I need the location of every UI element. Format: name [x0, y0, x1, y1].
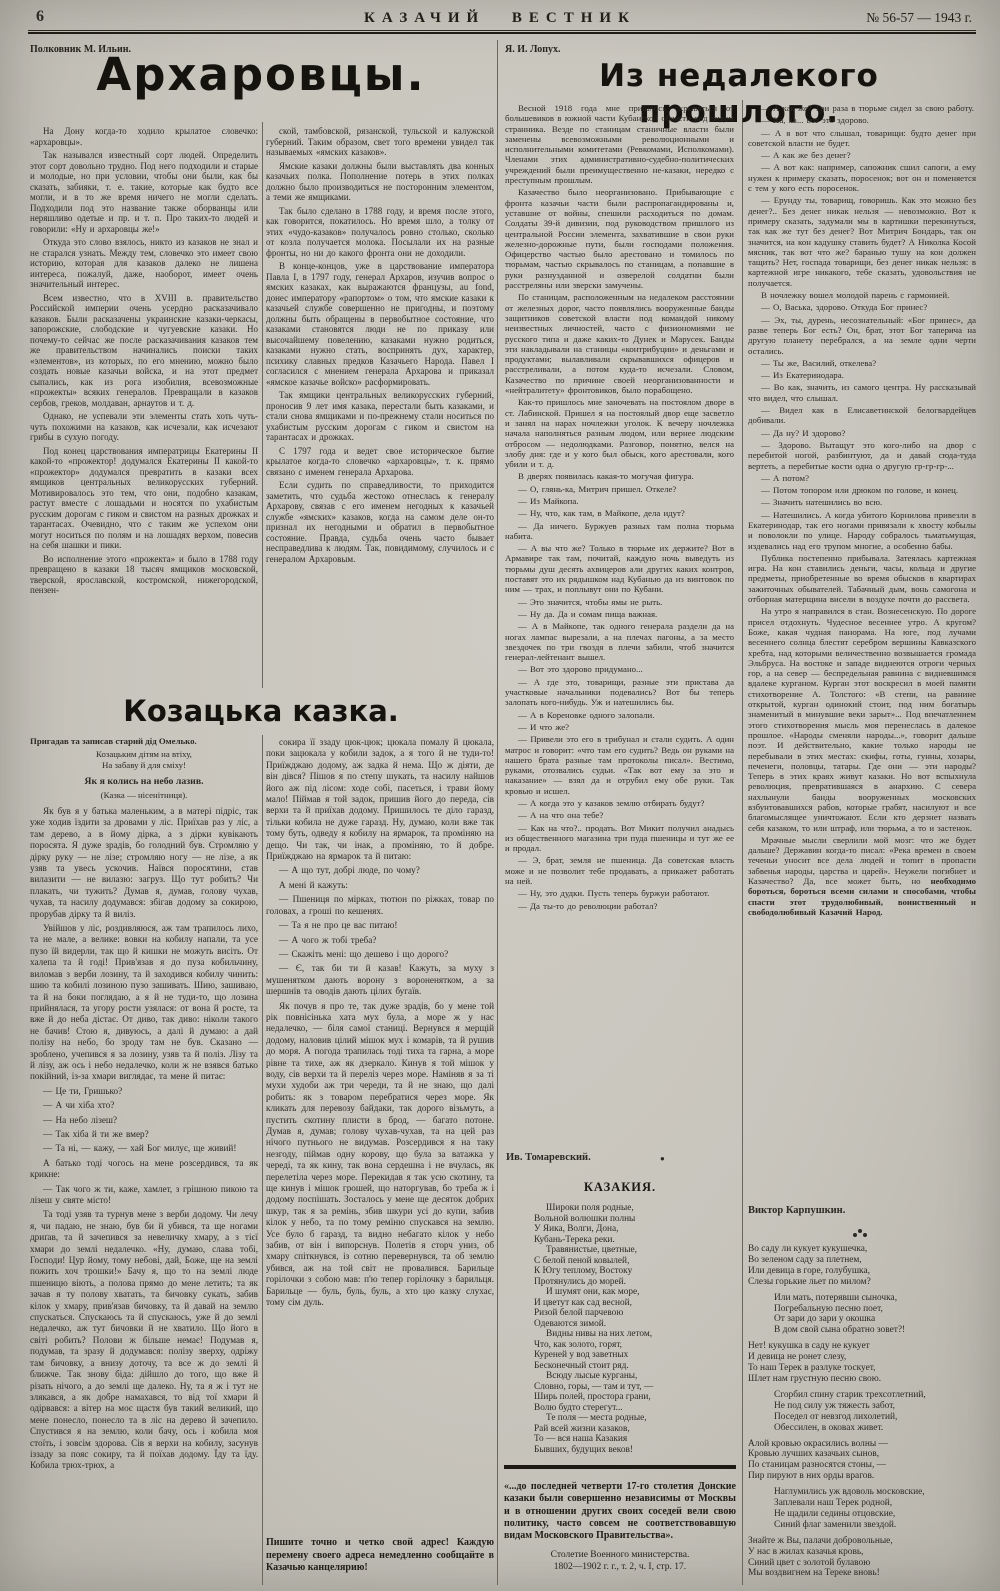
poem-line: Вольной волюшки полны	[534, 1214, 736, 1225]
poem-line: Ризой белой парчевою	[534, 1308, 736, 1319]
signature-tomarevsky: Ив. Томаревский.	[506, 1152, 591, 1163]
paragraph: — А вы что же? Только в тюрьме их держит…	[505, 543, 734, 594]
ornament-icon	[858, 1229, 862, 1233]
paragraph: На Дону когда-то ходило крылатое словечк…	[30, 126, 258, 147]
arkharovtsy-column-1: На Дону когда-то ходило крылатое словечк…	[30, 126, 258, 692]
poem-line: Не щадили седины отцовские,	[774, 1509, 976, 1520]
paragraph: Як почув я про те, так дуже зрадів, бо у…	[266, 1001, 494, 1309]
poem-stanza: Видны нивы на них летом,Что, как золото,…	[534, 1329, 736, 1371]
poem-line: Что, как золото, горят,	[534, 1340, 736, 1351]
paragraph: В ночлежку вошел молодой парень с гармон…	[748, 290, 976, 300]
paragraph: Публика постепенно прибывала. Затеялась …	[748, 553, 976, 604]
paragraph: — Из Екатеринодара.	[748, 370, 976, 380]
paragraph: — Значить натешились во всю.	[748, 497, 976, 507]
paragraph: Казачество было неорганизовано. Прибываю…	[505, 187, 734, 290]
poem-line: К Югу теплому, Востоку	[534, 1266, 736, 1277]
paragraph: — Видел как в Елисаветинской белогвардей…	[748, 405, 976, 426]
paragraph: — Та ні, — кажу, — хай Бог милує, ще жив…	[30, 1143, 258, 1154]
quote-rule	[504, 1465, 736, 1469]
poem-line: И шумят они, как море,	[534, 1287, 736, 1298]
paragraph: сокира її ззаду цюк-цюк; цюкала помалу й…	[266, 737, 494, 862]
poem-line: Шлет нам грустную песню свою.	[748, 1374, 976, 1385]
poem-line: В дом свой сына обратно зовет?!	[774, 1325, 976, 1336]
poem-line: То — вся наша Казакия	[534, 1434, 736, 1445]
poem-stanza: Те поля — места родные,Рай всей жизни ка…	[534, 1413, 736, 1455]
paragraph: — А потом?	[748, 473, 976, 483]
paragraph: — А в Майкопе, так одного генерала разде…	[505, 621, 734, 662]
proshloe-column-1: Весной 1918 года мне пришлось скрываться…	[505, 103, 734, 1143]
poem-line: Кубань-Терека реки.	[534, 1235, 736, 1246]
byline-karpushkin: Виктор Карпушкин.	[748, 1205, 845, 1216]
paragraph: — Да ну? И здорово?	[748, 428, 976, 438]
kazka-subtitle-note: (Казка — нісенітниця).	[30, 790, 258, 800]
headline-kazka: Козацька казка.	[30, 694, 492, 728]
paragraph: На утро я направился в стан. Вознесенску…	[748, 606, 976, 833]
paragraph: — Из Майкопа.	[505, 496, 734, 506]
poem-stanza: Сгорбил спину старик трехсотлетний,Не по…	[748, 1390, 976, 1434]
paragraph: — Это значится, чтобы ямы не рыть.	[505, 597, 734, 607]
paragraph: — И что же?	[505, 722, 734, 732]
poem-stanza: И шумят они, как море,И цветут как сад в…	[534, 1287, 736, 1329]
poem-line: Всюду лысые курганы,	[534, 1371, 736, 1382]
proshloe-column-2-text: — А как же? Три раза в тюрьме сидел за с…	[748, 103, 976, 833]
poem-line: С белой пеной ковылей,	[534, 1256, 736, 1267]
poem-line: Те поля — места родные,	[534, 1413, 736, 1424]
paragraph: — Так чого ж ти, каже, хамлет, з грішною…	[30, 1184, 258, 1207]
column-divider	[262, 122, 263, 688]
paragraph: — А вот как: например, сапожник сшил сап…	[748, 162, 976, 193]
poem-line: От зари до зари у окошка	[774, 1314, 976, 1325]
paragraph: Как-то пришлось мне заночевать на постоя…	[505, 397, 734, 469]
poem-line: Обессилен, в оковах живет.	[774, 1423, 976, 1434]
paragraph: — Ну да. Да и сомам пища важная.	[505, 609, 734, 619]
poem-line: Пир пируют в них орды врагов.	[748, 1471, 976, 1482]
headline-arkharovtsy: Архаровцы.	[30, 48, 492, 101]
poem-line: И девица не ронет слезу,	[748, 1352, 976, 1363]
paragraph: — Пшениця по мірках, тютюн по ріжках, то…	[266, 894, 494, 917]
kazka-column-2: сокира її ззаду цюк-цюк; цюкала помалу й…	[266, 737, 494, 1530]
poem-line: Во саду ли кукует кукушечка,	[748, 1244, 976, 1255]
paragraph: — А що тут, добрі люде, по чому?	[266, 865, 494, 876]
poem-line: У нас в жилах казачья кровь,	[748, 1547, 976, 1558]
paragraph: Весной 1918 года мне пришлось скрываться…	[505, 103, 734, 185]
poem-line: То наш Терек в разлуке тоскует,	[748, 1363, 976, 1374]
poem-line: Наглумились уж вдоволь московские,	[774, 1487, 976, 1498]
column-divider	[262, 735, 263, 1585]
poem-line: Мы воздвигнем на Тереке вновь!	[748, 1568, 976, 1579]
poem-line: Травянистые, цветные,	[534, 1245, 736, 1256]
poem-line: Синий флаг заменили звездой.	[774, 1520, 976, 1531]
paragraph: Так было сделано в 1788 году, и время по…	[266, 206, 494, 259]
poem-line: Видны нивы на них летом,	[534, 1329, 736, 1340]
paragraph: — Та я не про це вас питаю!	[266, 920, 494, 931]
center-divider	[497, 40, 498, 1585]
poem-kazakia: Широки поля родные,Вольной волюшки полны…	[504, 1203, 736, 1455]
quote-source: Столетие Военного министерства. 1802—190…	[504, 1550, 736, 1573]
paragraph: — А я вот что слышал, товарищи: будто де…	[748, 128, 976, 149]
paragraph: — Так хіба й ти же вмер?	[30, 1129, 258, 1140]
poem-line: Синий цвет с золотой булавою	[748, 1558, 976, 1569]
paragraph: — О, глянь-ка, Митрич пришел. Откеле?	[505, 484, 734, 494]
poem-terek: Во саду ли кукует кукушечка,Во зеленом с…	[748, 1244, 976, 1584]
paragraph: — Ты же, Василий, откелева?	[748, 358, 976, 368]
paragraph: С 1797 года и ведет свое историческое бы…	[266, 446, 494, 478]
paragraph: Ямские казаки должны были выставлять два…	[266, 161, 494, 203]
paragraph: Откуда это слово взялось, никто из казак…	[30, 237, 258, 290]
paragraph: — На небо лізеш?	[30, 1115, 258, 1126]
poem-line: Или мать, потерявши сыночка,	[774, 1293, 976, 1304]
kazka-epigraph: Козацьким дітям на втіху, На забаву й дл…	[30, 749, 258, 770]
poem-line: Рай всей жизни казаков,	[534, 1424, 736, 1435]
kazka-column-1: Як був я у батька маленьким, а в матері …	[30, 806, 258, 1588]
poem-line: Во зеленом саду за плетнем,	[748, 1255, 976, 1266]
paragraph: — А на что она тебе?	[505, 810, 734, 820]
paragraph: — А как же без денег?	[748, 150, 976, 160]
poem-line: У Яика, Волги, Дона,	[534, 1224, 736, 1235]
address-notice: Пишите точно и четко свой адрес! Каждую …	[266, 1537, 494, 1575]
paragraph: — Да ты-то до революции работал?	[505, 901, 734, 911]
paragraph: — Эх, ты, дурень, несознательный: «Бог п…	[748, 315, 976, 356]
paragraph: — Натешились. А когда убитого Корнилова …	[748, 510, 976, 551]
paragraph: — А где это, товарищи, разные эти приста…	[505, 677, 734, 708]
paragraph: Если судить по справедливости, то приход…	[266, 480, 494, 564]
poem-line: Не под силу уж тяжесть забот,	[774, 1401, 976, 1412]
quote-source-line-2: 1802—1902 г. г., т. 2, ч. I, стр. 17.	[504, 1562, 736, 1574]
paragraph: — А в Кореновке одного залопали.	[505, 710, 734, 720]
paragraph: — Це ти, Гришько?	[30, 1086, 258, 1097]
paragraph: — Скажіть мені: що дешево і що дорого?	[266, 949, 494, 960]
poem-line: Ширь полей, простора грани,	[534, 1392, 736, 1403]
poem-line: Широки поля родные,	[534, 1203, 736, 1214]
poem-stanza: Травянистые, цветные,С белой пеной ковыл…	[534, 1245, 736, 1287]
poem-line: По станицам разносятся стоны, —	[748, 1460, 976, 1471]
paragraph: — А чи хіба хто?	[30, 1100, 258, 1111]
poem-stanza: Во саду ли кукует кукушечка,Во зеленом с…	[748, 1244, 976, 1288]
quote-source-line-1: Столетие Военного министерства.	[504, 1550, 736, 1562]
paragraph: В конце-концов, уже в царствование импер…	[266, 261, 494, 387]
poem-line: Знайте ж Вы, палачи добровольные,	[748, 1536, 976, 1547]
paragraph: А батько тоді чогось на мене розсердився…	[30, 1158, 258, 1181]
poem-line: Словно, горы, — там и тут, —	[534, 1382, 736, 1393]
paragraph: — Привели это его в трибунал и стали суд…	[505, 734, 734, 796]
newspaper-page: 6 КАЗАЧИЙ ВЕСТНИК № 56-57 — 1943 г. Полк…	[0, 0, 1000, 1591]
poem-stanza: Или мать, потерявши сыночка,Погребальную…	[748, 1293, 976, 1337]
paragraph: Однако, не успевали эти элементы стать х…	[30, 411, 258, 443]
poem-line: Сгорбил спину старик трехсотлетний,	[774, 1390, 976, 1401]
paragraph: — Потом топором или дрюком по голове, и …	[748, 485, 976, 495]
paragraph: Под конец царствования императрицы Екате…	[30, 446, 258, 551]
kazka-subtitle: Як я колись на небо лазив.	[30, 776, 258, 787]
poem-line: Волю будто стерегут...	[534, 1403, 736, 1414]
poem-line: Одеваются зимой.	[534, 1319, 736, 1330]
poem-line: И цветут как сад весной,	[534, 1298, 736, 1309]
paragraph: В дверях появилась какая-то могучая фигу…	[505, 471, 734, 481]
arkharovtsy-column-2: ской, тамбовской, рязанской, тульской и …	[266, 126, 494, 692]
byline-lopukh: Я. И. Лопух.	[505, 44, 560, 55]
masthead-title: КАЗАЧИЙ ВЕСТНИК	[0, 10, 1000, 27]
poem-line: Нет! кукушка в саду не кукует	[748, 1341, 976, 1352]
paragraph: — Вот это здорово придумано...	[505, 664, 734, 674]
paragraph: Як був я у батька маленьким, а в матері …	[30, 806, 258, 920]
paragraph: — Э, брат, земля не пшеница. Да советска…	[505, 855, 734, 886]
paragraph: Так назывался известный сорт людей. Опре…	[30, 150, 258, 234]
poem-stanza: Широки поля родные,Вольной волюшки полны…	[534, 1203, 736, 1245]
paragraph: — Ха, ха... вот это здорово.	[748, 115, 976, 125]
poem-line: Протянулись до морей.	[534, 1277, 736, 1288]
poem-line: Бывших, будущих веков!	[534, 1445, 736, 1456]
poem-line: Алой кровью окрасились волны —	[748, 1439, 976, 1450]
poem-stanza: Всюду лысые курганы,Словно, горы, — там …	[534, 1371, 736, 1413]
paragraph: — Ну, это дудки. Пусть теперь буржуи раб…	[505, 888, 734, 898]
poem-title-kazakia: КАЗАКИЯ.	[504, 1180, 736, 1195]
masthead-rule	[28, 30, 976, 34]
poem-line: Погребальную песню поет,	[774, 1304, 976, 1315]
kazka-byline: Пригадав та записав старий дід Омелько.	[30, 736, 258, 746]
paragraph: — Ерунду ты, товарищ, говоришь. Как это …	[748, 195, 976, 288]
poem-line: Заплевали наш Терек родной,	[774, 1498, 976, 1509]
paragraph: ской, тамбовской, рязанской, тульской и …	[266, 126, 494, 158]
proshloe-final-paragraph: Мрачные мысли сверлили мой мозг: что же …	[748, 835, 976, 917]
column-divider	[742, 100, 743, 1585]
poem-stanza: Наглумились уж вдоволь московские,Заплев…	[748, 1487, 976, 1531]
paragraph: — Є, так би ти й казав! Кажуть, за муху …	[266, 963, 494, 997]
paragraph: — Во как, значить, из самого центра. Ну …	[748, 382, 976, 403]
signature-dot: ●	[660, 1154, 665, 1163]
paragraph: Увійшов у ліс, роздивляюся, аж там трапи…	[30, 923, 258, 1083]
paragraph: — Да ничего. Буржуев разных там полна тю…	[505, 521, 734, 542]
paragraph: Во исполнение этого «прожекта» и было в …	[30, 554, 258, 596]
poem-line: Кровью лучших казачьих сынов,	[748, 1449, 976, 1460]
poem-line: Бесконечный стоит ряд.	[534, 1361, 736, 1372]
paragraph: А мені й кажуть:	[266, 880, 494, 891]
issue-number: № 56-57 — 1943 г.	[866, 10, 972, 26]
quote-block: «...до последней четверти 17-го столетия…	[504, 1481, 736, 1542]
paragraph: Так ямщики центральных великорусских губ…	[266, 390, 494, 443]
paragraph: — А чого ж тобі треба?	[266, 935, 494, 946]
paragraph: Та тоді узяв та турнув мене з верби додо…	[30, 1209, 258, 1471]
kazka-epigraph-line-1: Козацьким дітям на втіху,	[30, 749, 258, 760]
paragraph: — А когда это у казаков землю отбирать б…	[505, 798, 734, 808]
poem-stanza: Алой кровью окрасились волны —Кровью луч…	[748, 1439, 976, 1483]
paragraph: — Как на что?.. продать. Вот Микит получ…	[505, 823, 734, 854]
kazka-epigraph-line-2: На забаву й для сміху!	[30, 760, 258, 771]
paragraph: — А как же? Три раза в тюрьме сидел за с…	[748, 103, 976, 113]
paragraph: — О, Васька, здорово. Откуда Бог принес?	[748, 302, 976, 312]
proshloe-column-2: — А как же? Три раза в тюрьме сидел за с…	[748, 103, 976, 1185]
paragraph: — Ну, что, как там, в Майкопе, дела идут…	[505, 508, 734, 518]
poem-line: Поседел от невзгод лихолетий,	[774, 1412, 976, 1423]
paragraph: Всем известно, что в XVIII в. правительс…	[30, 293, 258, 409]
poem-line: Куреней у вод заветных	[534, 1350, 736, 1361]
poem-stanza: Нет! кукушка в саду не кукуетИ девица не…	[748, 1341, 976, 1385]
poem-stanza: Знайте ж Вы, палачи добровольные,У нас в…	[748, 1536, 976, 1580]
paragraph: По станицам, расположенным на недалеком …	[505, 292, 734, 395]
paragraph: — Здорово. Вытащут это кого-либо на двор…	[748, 440, 976, 471]
poem-line: Слезы горькие льет по милом?	[748, 1277, 976, 1288]
poem-line: Или девица в горе, голубушка,	[748, 1266, 976, 1277]
